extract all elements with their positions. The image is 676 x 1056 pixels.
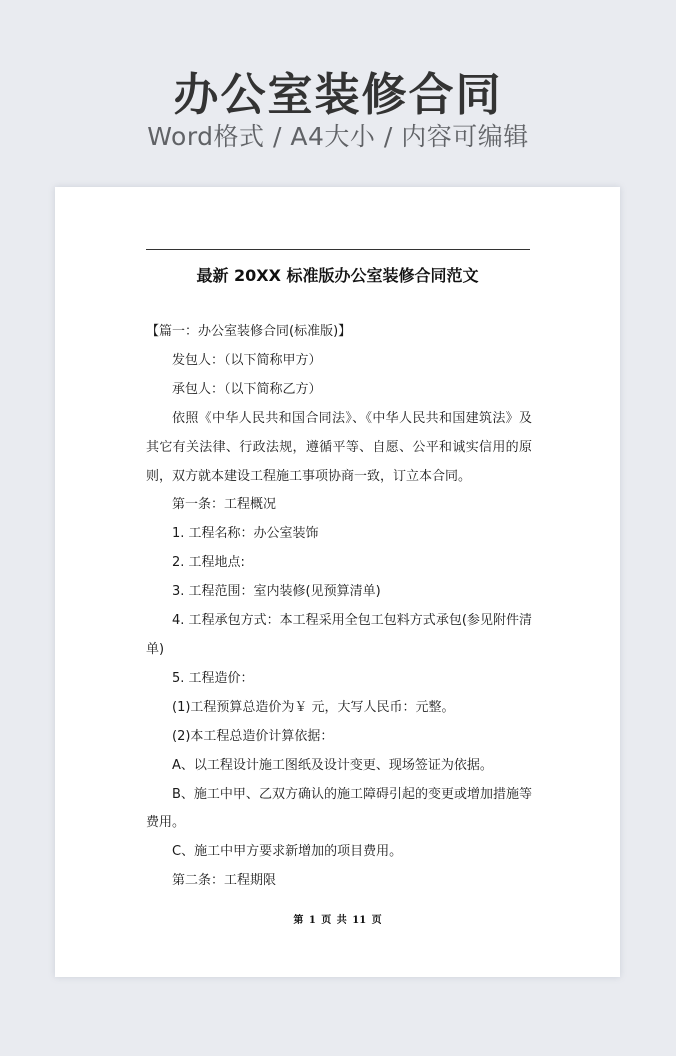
basis-item: B、施工中甲、乙双方确认的施工障碍引起的变更或增加措施等费用。 — [146, 781, 532, 839]
article-2-heading: 第二条：工程期限 — [146, 867, 532, 896]
section-heading: 【篇一：办公室装修合同(标准版)】 — [146, 318, 532, 347]
basis-item: A、以工程设计施工图纸及设计变更、现场签证为依据。 — [146, 752, 532, 781]
banner-subtitle: Word格式 / A4大小 / 内容可编辑 — [0, 119, 676, 155]
document-page: 最新 20XX 标准版办公室装修合同范文 【篇一：办公室装修合同(标准版)】 发… — [55, 187, 620, 977]
list-item: 4. 工程承包方式：本工程采用全包工包料方式承包(参见附件清单) — [146, 607, 532, 665]
document-title: 最新 20XX 标准版办公室装修合同范文 — [55, 263, 620, 289]
document-body: 【篇一：办公室装修合同(标准版)】 发包人：（以下简称甲方） 承包人：（以下简称… — [146, 318, 532, 896]
article-1-heading: 第一条：工程概况 — [146, 491, 532, 520]
sub-item: (2)本工程总造价计算依据： — [146, 723, 532, 752]
paragraph-preamble: 依照《中华人民共和国合同法》、《中华人民共和国建筑法》及其它有关法律、行政法规，… — [146, 405, 532, 492]
paragraph-party-b: 承包人：（以下简称乙方） — [146, 376, 532, 405]
list-item: 1. 工程名称：办公室装饰 — [146, 520, 532, 549]
basis-item: C、施工中甲方要求新增加的项目费用。 — [146, 838, 532, 867]
banner-title: 办公室装修合同 — [0, 66, 676, 124]
page-number: 第 1 页 共 11 页 — [55, 911, 620, 926]
list-item: 3. 工程范围：室内装修(见预算清单) — [146, 578, 532, 607]
list-item: 5. 工程造价： — [146, 665, 532, 694]
header-rule — [146, 249, 530, 250]
paragraph-party-a: 发包人：（以下简称甲方） — [146, 347, 532, 376]
list-item: 2. 工程地点: — [146, 549, 532, 578]
sub-item: (1)工程预算总造价为￥ 元，大写人民币：元整。 — [146, 694, 532, 723]
